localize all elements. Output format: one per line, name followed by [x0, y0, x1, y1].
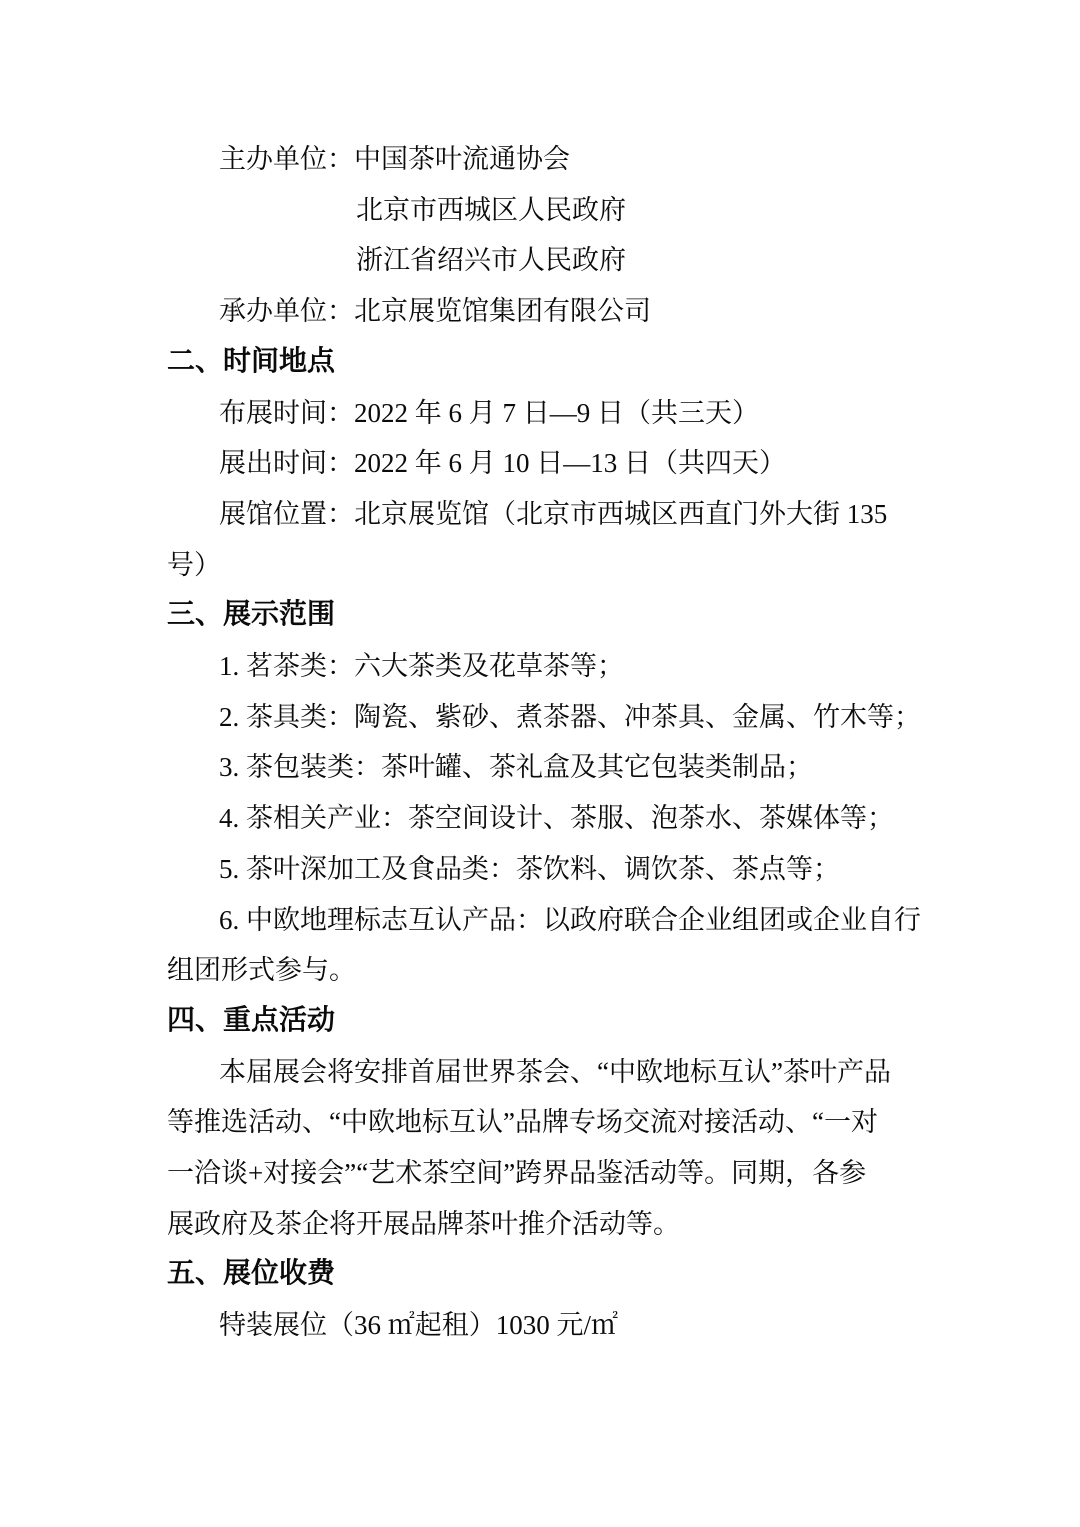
text-line: 组团形式参与。 [167, 945, 935, 996]
text-line: 浙江省绍兴市人民政府 [167, 235, 935, 286]
text-line: 本届展会将安排首届世界茶会、“中欧地标互认”茶叶产品 [167, 1047, 935, 1098]
text-line: 承办单位：北京展览馆集团有限公司 [167, 286, 935, 337]
section-heading: 二、时间地点 [167, 337, 935, 388]
text-line: 1. 茗茶类：六大茶类及花草茶等； [167, 641, 935, 692]
text-line: 特装展位（36 ㎡起租）1030 元/㎡ [167, 1300, 935, 1351]
text-line: 3. 茶包装类：茶叶罐、茶礼盒及其它包装类制品； [167, 742, 935, 793]
text-line: 4. 茶相关产业：茶空间设计、茶服、泡茶水、茶媒体等； [167, 793, 935, 844]
text-line: 展政府及茶企将开展品牌茶叶推介活动等。 [167, 1199, 935, 1250]
text-line: 5. 茶叶深加工及食品类：茶饮料、调饮茶、茶点等； [167, 844, 935, 895]
text-line: 等推选活动、“中欧地标互认”品牌专场交流对接活动、“一对 [167, 1097, 935, 1148]
document-body: 主办单位：中国茶叶流通协会北京市西城区人民政府浙江省绍兴市人民政府承办单位：北京… [167, 134, 935, 1351]
section-heading: 四、重点活动 [167, 996, 935, 1047]
text-line: 一洽谈+对接会”“艺术茶空间”跨界品鉴活动等。同期，各参 [167, 1148, 935, 1199]
text-line: 主办单位：中国茶叶流通协会 [167, 134, 935, 185]
section-heading: 五、展位收费 [167, 1249, 935, 1300]
text-line: 展出时间：2022 年 6 月 10 日—13 日（共四天） [167, 438, 935, 489]
text-line: 号） [167, 540, 935, 591]
text-line: 布展时间：2022 年 6 月 7 日—9 日（共三天） [167, 388, 935, 439]
text-line: 展馆位置：北京展览馆（北京市西城区西直门外大街 135 [167, 489, 935, 540]
text-line: 北京市西城区人民政府 [167, 185, 935, 236]
text-line: 2. 茶具类：陶瓷、紫砂、煮茶器、冲茶具、金属、竹木等； [167, 692, 935, 743]
section-heading: 三、展示范围 [167, 590, 935, 641]
text-line: 6. 中欧地理标志互认产品：以政府联合企业组团或企业自行 [167, 895, 935, 946]
document-page: 主办单位：中国茶叶流通协会北京市西城区人民政府浙江省绍兴市人民政府承办单位：北京… [0, 0, 1080, 1527]
